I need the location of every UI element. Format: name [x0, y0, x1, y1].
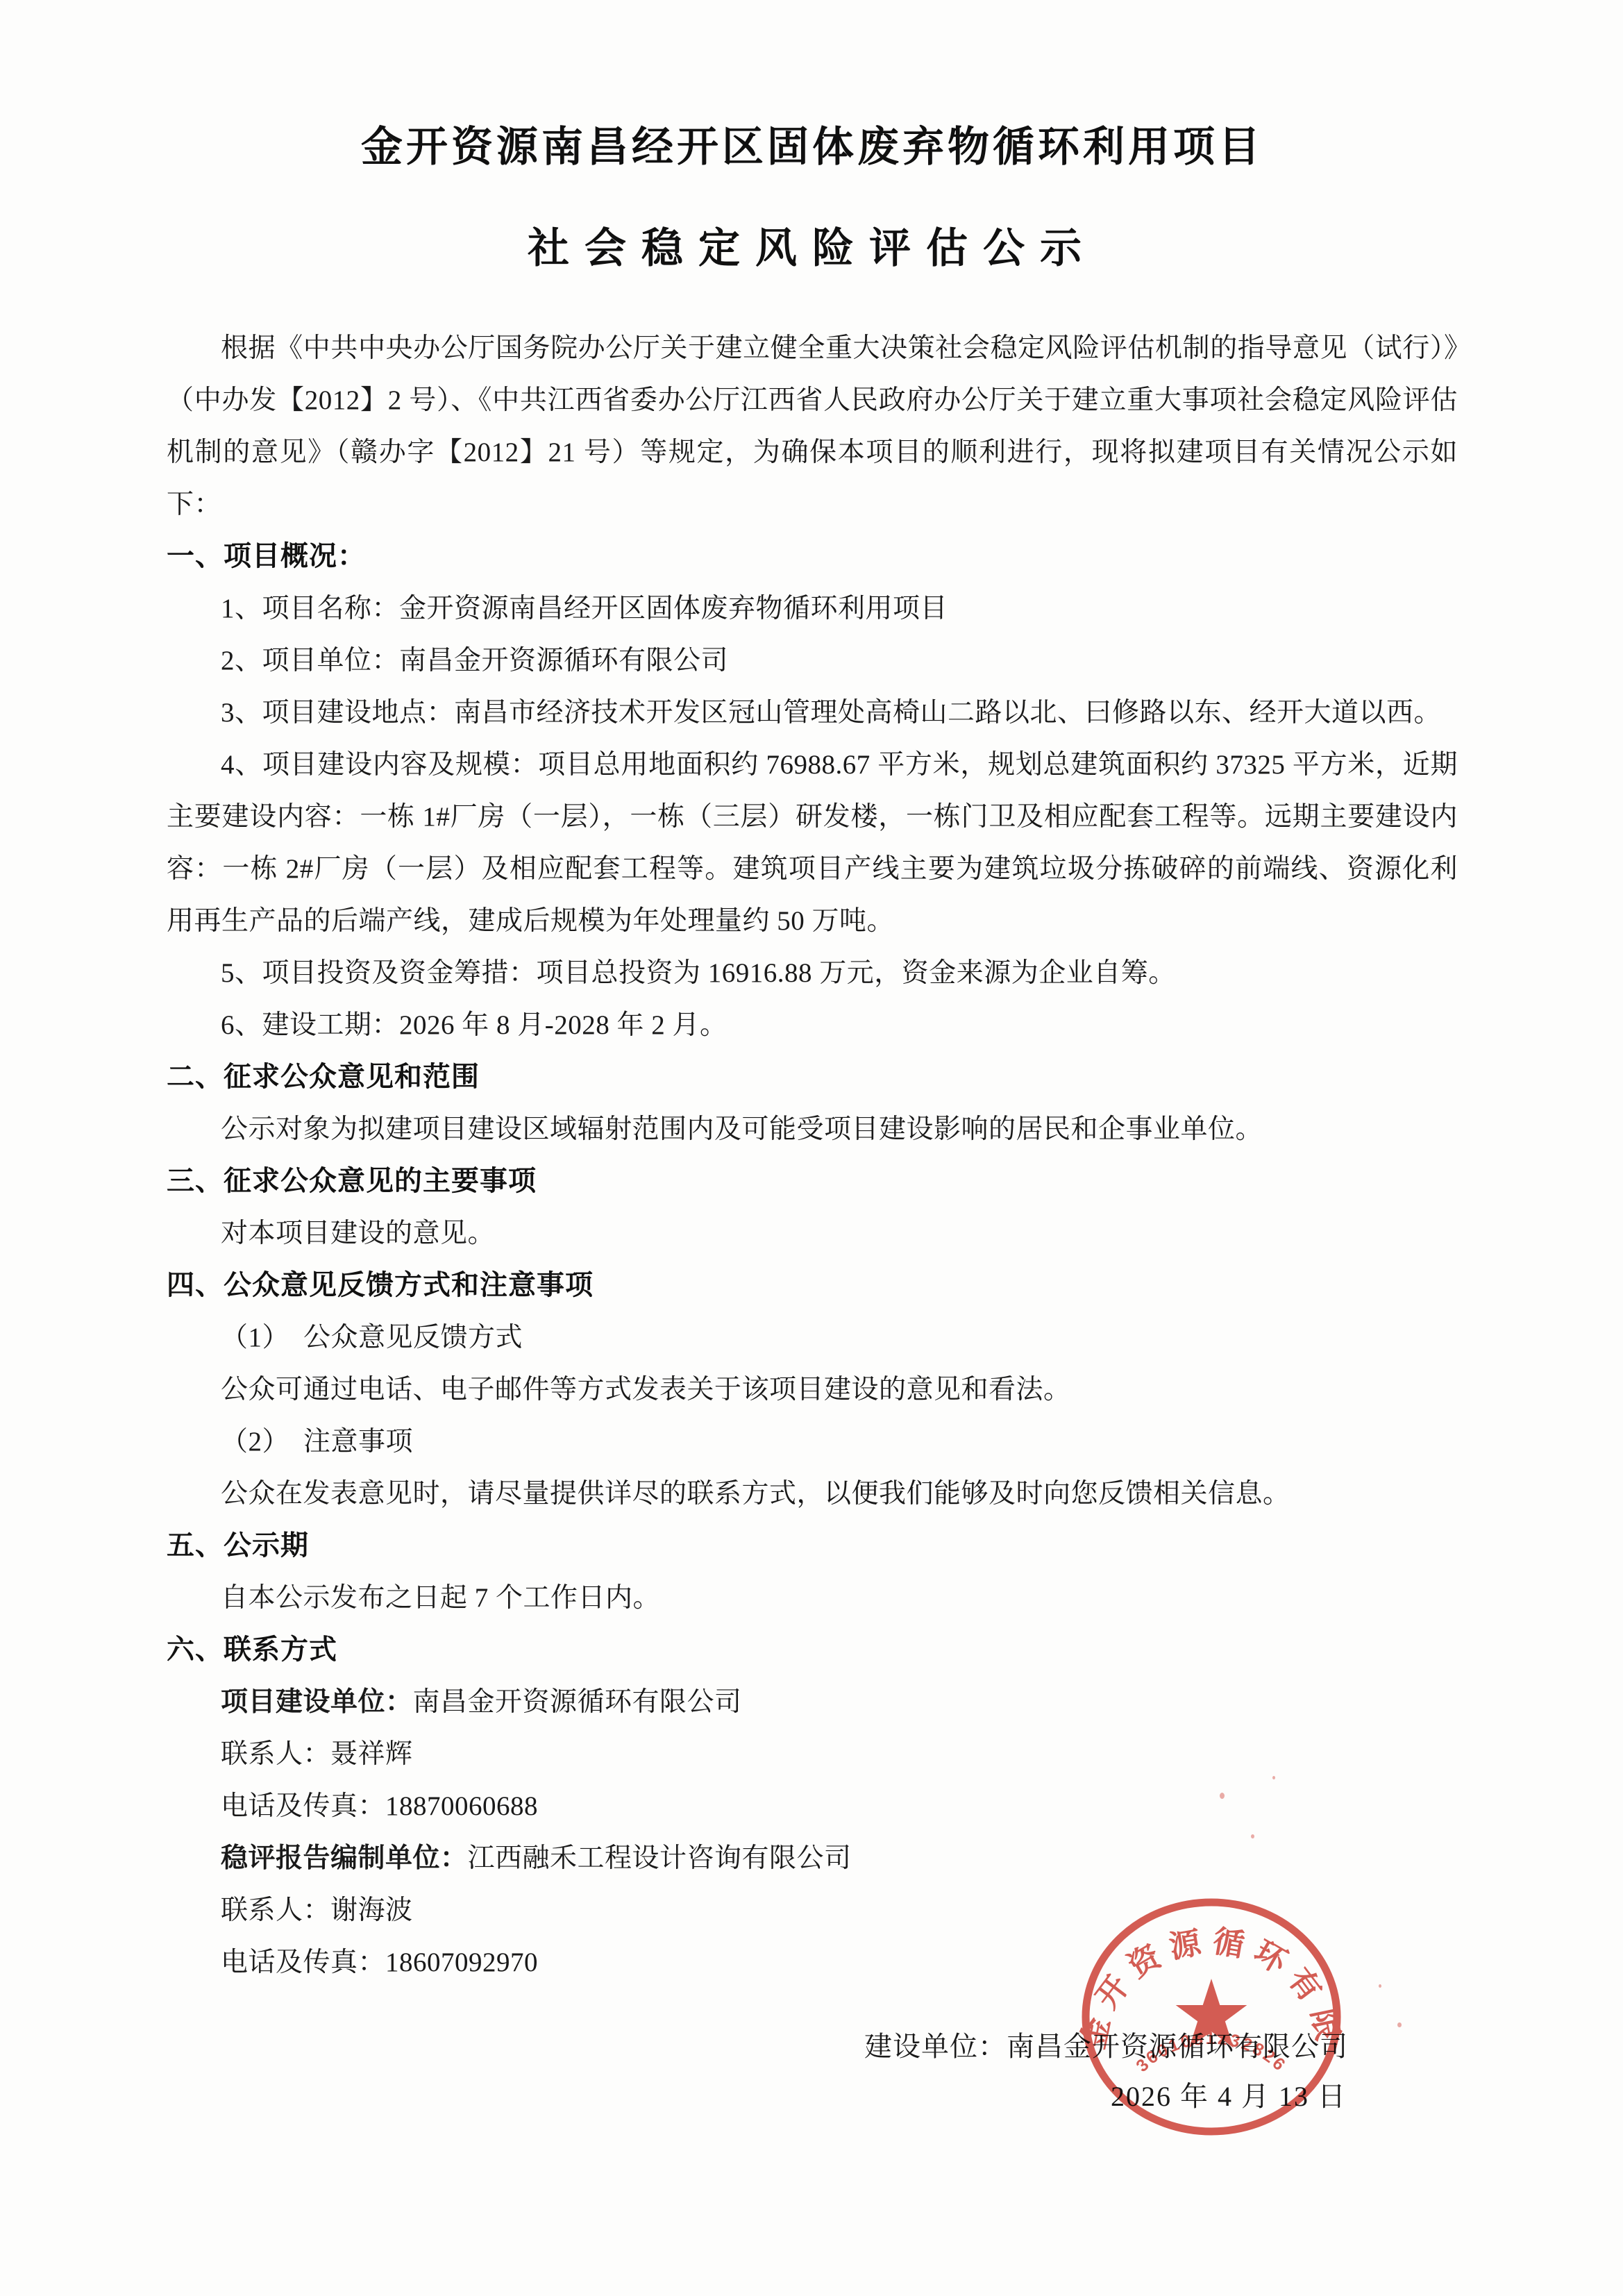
- contact-value: 江西融禾工程设计咨询有限公司: [468, 1843, 852, 1873]
- notes-subheading: （2） 注意事项: [167, 1416, 1458, 1468]
- section-heading-5: 五、公示期: [167, 1520, 1458, 1572]
- ink-speck: [1251, 1834, 1254, 1838]
- project-unit-item: 2、项目单位：南昌金开资源循环有限公司: [167, 635, 1458, 687]
- seal-number-text: 3601081232826: [1132, 2029, 1290, 2076]
- project-location-item: 3、项目建设地点：南昌市经济技术开发区冠山管理处高椅山二路以北、曰修路以东、经开…: [167, 687, 1458, 739]
- section-heading-3: 三、征求公众意见的主要事项: [167, 1155, 1458, 1207]
- contact-value: 18870060688: [385, 1791, 538, 1821]
- feedback-method-subheading: （1） 公众意见反馈方式: [167, 1312, 1458, 1364]
- document-title-line2: 社会稳定风险评估公示: [167, 218, 1458, 279]
- company-seal: 南昌金开资源循环有限公司 3601081232826: [1079, 1896, 1344, 2138]
- project-schedule-item: 6、建设工期：2026 年 8 月-2028 年 2 月。: [167, 999, 1458, 1051]
- contact-line: 联系人：聂祥辉: [167, 1728, 1458, 1780]
- contact-label: 联系人：: [221, 1739, 330, 1769]
- contact-line: 项目建设单位：南昌金开资源循环有限公司: [167, 1676, 1458, 1728]
- contact-label: 联系人：: [221, 1895, 330, 1925]
- contact-value: 谢海波: [330, 1895, 413, 1925]
- notes-paragraph: 公众在发表意见时，请尽量提供详尽的联系方式，以便我们能够及时向您反馈相关信息。: [167, 1468, 1458, 1520]
- contact-label: 电话及传真：: [221, 1791, 385, 1821]
- document-body: 金开资源南昌经开区固体废弃物循环利用项目 社会稳定风险评估公示 根据《中共中央办…: [0, 0, 1623, 1988]
- section-heading-1: 一、项目概况：: [167, 530, 1458, 583]
- contact-label: 稳评报告编制单位：: [221, 1843, 468, 1873]
- contact-label: 电话及传真：: [221, 1947, 385, 1977]
- section-2-paragraph: 公示对象为拟建项目建设区域辐射范围内及可能受项目建设影响的居民和企事业单位。: [167, 1103, 1458, 1155]
- ink-speck: [1220, 1793, 1225, 1799]
- document-text: 根据《中共中央办公厅国务院办公厅关于建立健全重大决策社会稳定风险评估机制的指导意…: [167, 322, 1458, 1988]
- intro-paragraph: 根据《中共中央办公厅国务院办公厅关于建立健全重大决策社会稳定风险评估机制的指导意…: [167, 322, 1458, 530]
- ink-speck: [1397, 2022, 1402, 2027]
- section-heading-6: 六、联系方式: [167, 1624, 1458, 1676]
- contact-line: 电话及传真：18870060688: [167, 1780, 1458, 1832]
- ink-speck: [1272, 1776, 1275, 1779]
- project-investment-item: 5、项目投资及资金筹措：项目总投资为 16916.88 万元，资金来源为企业自筹…: [167, 947, 1458, 999]
- section-5-paragraph: 自本公示发布之日起 7 个工作日内。: [167, 1572, 1458, 1624]
- project-name-item: 1、项目名称：金开资源南昌经开区固体废弃物循环利用项目: [167, 583, 1458, 635]
- contact-value: 南昌金开资源循环有限公司: [413, 1687, 742, 1717]
- feedback-method-paragraph: 公众可通过电话、电子邮件等方式发表关于该项目建设的意见和看法。: [167, 1364, 1458, 1416]
- section-3-paragraph: 对本项目建设的意见。: [167, 1207, 1458, 1259]
- contact-value: 聂祥辉: [330, 1739, 413, 1769]
- contact-value: 18607092970: [385, 1947, 538, 1977]
- contact-line: 稳评报告编制单位：江西融禾工程设计咨询有限公司: [167, 1832, 1458, 1884]
- document-page: 金开资源南昌经开区固体废弃物循环利用项目 社会稳定风险评估公示 根据《中共中央办…: [0, 0, 1623, 2296]
- ink-speck: [1379, 1984, 1381, 1988]
- project-scale-item: 4、项目建设内容及规模：项目总用地面积约 76988.67 平方米，规划总建筑面…: [167, 739, 1458, 947]
- document-title-line1: 金开资源南昌经开区固体废弃物循环利用项目: [167, 117, 1458, 178]
- section-heading-2: 二、征求公众意见和范围: [167, 1051, 1458, 1103]
- section-heading-4: 四、公众意见反馈方式和注意事项: [167, 1259, 1458, 1312]
- contact-label: 项目建设单位：: [221, 1687, 413, 1717]
